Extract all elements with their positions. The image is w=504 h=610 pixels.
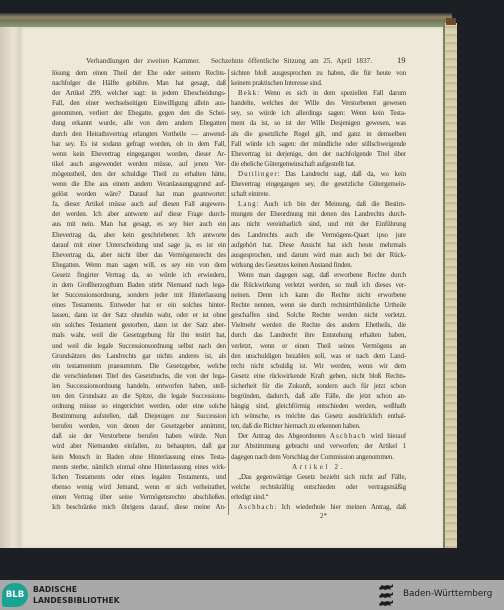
text-line: daß sie der Verstorbene berufen haben wü… [52,431,226,441]
line-text: Wenn man dagegen sagt, daß erworbene Rec… [238,271,406,279]
text-line: keinem praktischen Interesse sind. [231,78,406,88]
line-text: Bestimmung aufstellen, daß Diejenigen zu… [52,412,226,420]
text-line: sey, so würde ich allerdings sagen: Wenn… [231,108,406,118]
text-line: Ehevertrag ist derjenige, den der nachfo… [231,149,406,159]
text-line: Der Antrag des Abgeordneten Aschbach wir… [231,431,406,441]
line-text: und weil die legale Successionsordnung s… [52,342,226,350]
running-head-session: Sechzehnte öffentliche Sitzung am 25. Ap… [211,56,372,66]
text-line: Bekk: Wenn es sich in dem speziellen Fal… [231,88,406,98]
line-text: zur Abstimmung gebracht und verworfen; d… [231,442,406,450]
text-line: eines Testaments. Entweder hat er ein so… [52,300,226,310]
text-line: Ehevertrag eingegangen sey, die gesetzli… [231,179,406,189]
line-text: als die gesetzliche Regel gilt, und ganz… [231,130,406,138]
text-line: lösung dem einen Theil der Ehe oder sein… [52,68,226,78]
line-text: des Landrechts auch die Vermögens-Quart … [231,231,406,239]
text-line: aufgehört hat. Diese Ansicht hat sich he… [231,240,406,250]
text-line: Ehevertrag da, aber nicht über das Vermö… [52,250,226,260]
text-line: det werden. Ich aber antworte auf diese … [52,209,226,219]
text-line: sicherheit für die Zukunft, sondern auch… [231,381,406,391]
line-text: durch das Landrecht ihre Entstehung erha… [231,331,406,339]
library-name-line2: LANDESBIBLIOTHEK [33,596,120,605]
text-line: und weil die legale Successionsordnung s… [52,341,226,351]
text-line: Fall, den einer wechselseitigen Einwilli… [52,98,226,108]
text-line: sichten bloß ausgesprochen zu haben, die… [231,68,406,78]
line-text: schaft eintrete. [231,190,270,198]
line-text: aus mit nein. Man hat gesagt, es sey hie… [52,220,226,228]
line-text: keinem praktischen Interesse sind. [231,79,322,87]
text-line: ler Successionsordnung, sondern jeder mi… [52,290,226,300]
blb-logo-text: BLB [6,590,24,600]
line-text: aus nicht vereinbarlich sind, und mit de… [231,220,406,228]
line-text: sey, so würde ich allerdings sagen: Wenn… [231,109,406,117]
text-line: dung erkannt wurde, alle von dem andern … [52,118,226,128]
line-text: wird aber Niemanden einfallen, zu behaup… [52,442,226,450]
line-text: dung erkannt wurde, alle von dem andern … [52,119,226,127]
line-text: daß sie der Verstorbene berufen haben wü… [52,432,226,440]
signature-mark: 2* [320,512,327,520]
text-line: ebenso wenig wird Jemand, wenn er sich v… [52,482,226,492]
text-line: den unschuldigen bezahlen soll, was er n… [231,351,406,361]
line-text: Gesetz eine rückwirkende Kraft geben, ni… [231,372,406,380]
line-text: Vielmehr werden die Rechte des andern Eh… [231,321,406,329]
text-line: Lang: Auch ich bin der Meinung, daß die … [231,199,406,209]
text-line: als die gesetzliche Regel gilt, und ganz… [231,129,406,139]
line-text: recht nicht schuldig ist. Wir werden, we… [231,362,406,370]
line-text: ein testamentum praesumtum. Die Gesetzge… [52,362,226,370]
text-line: ments sterbe, nämlich einmal ohne Hinter… [52,462,226,472]
line-text: neinen. Denn ich kann die Rechte nicht e… [231,291,406,299]
speaker-name: Aschbach [238,503,274,511]
line-text: ments sterbe, nämlich einmal ohne Hinter… [52,463,226,471]
line-text: ich wünsche, es möchte das Gesetz ausdrü… [231,412,406,420]
line-text: eines Testaments. Entweder hat er ein so… [52,301,226,309]
text-line: mungen der Eheordnung mit denen des Land… [231,209,406,219]
line-text: ordnung müsse so eingerichtet werden, od… [52,402,226,410]
state-name: Baden-Württemberg [403,589,492,599]
text-line: wirkung des Gesetzes keinen Anstand find… [231,260,406,270]
line-text: einen Vertrag über seine Vermögensrechte… [52,493,226,501]
line-text: wenn kein Ehevertrag eingegangen worden,… [52,150,226,158]
line-text: Ehevertrag eingegangen sey, die gesetzli… [231,180,406,188]
line-text: genommen, verliert der Ehegatte, gegen d… [52,109,226,117]
text-line: geschaffen sind. Solche Rechte werden ni… [231,310,406,320]
line-text: det werden. Ich aber antworte auf diese … [52,210,226,218]
line-text: Ja, dieser Artikel müsse auch auf diesen… [52,200,226,208]
line-text: sicherheit für die Zukunft, sondern auch… [231,382,406,390]
blb-logo-icon: BLB [2,583,28,607]
text-line: len Successionsordnung handeln, entworfe… [52,381,226,391]
line-text: begründen, dadurch, daß alle Fälle, die … [231,392,406,400]
text-line: durch das Landrecht ihre Entstehung erha… [231,330,406,340]
line-text: lassen, dann ist der Satz ohnehin wahr, … [52,311,226,319]
running-head-title: Verhandlungen der zweiten Kammer. [86,56,200,66]
text-line: schaft eintrete. [231,189,406,199]
text-line: lassen, dann ist der Satz ohnehin wahr, … [52,310,226,320]
line-text: kein Mensch in Baden ohne Hinterlassung … [52,453,226,461]
line-text: lichen Testaments oder eines legalen Tes… [52,473,226,481]
line-text: berufen werden, von denen der Gesetzgebe… [52,422,226,430]
line-text: Gesetz fingirter Vertrag da, so würde ic… [52,271,226,279]
speaker-name: Duttlinger [238,170,278,178]
text-line: genommen, verliert der Ehegatte, gegen d… [52,108,226,118]
text-line: gelöst worden wäre? Darauf hat man geant… [52,189,226,199]
text-line: Gesetz fingirter Vertrag da, so würde ic… [52,270,226,280]
text-line: Rechte nennen, wenn sie durch rechtsirrt… [231,300,406,310]
line-text: Rechte nennen, wenn sie durch rechtsirrt… [231,301,406,309]
line-text: die Rückwirkung verletzt werden, so muß … [231,281,406,289]
line-text: gelöst worden wäre? Darauf hat man geant… [52,190,226,198]
speaker-name: Lang [238,200,257,208]
text-line: ich wünsche, es möchte das Gesetz ausdrü… [231,411,406,421]
line-text: : Auch ich bin der Meinung, daß die Best… [257,200,406,208]
line-text: Der Antrag des Abgeordneten [238,432,330,440]
text-line: Fall würde ich sagen: der mündliche oder… [231,139,406,149]
cover-corner [446,18,456,25]
line-text: Artikel 2. [292,463,345,471]
line-text: ebenso wenig wird Jemand, wenn er sich v… [52,483,226,491]
text-line: wird aber Niemanden einfallen, zu behaup… [52,441,226,451]
text-line: begründen, dadurch, daß alle Fälle, die … [231,391,406,401]
line-text: die verschiedenen Titel des Gesetzbuchs,… [52,372,226,380]
text-line: darauf mit einer Unterscheidung und sage… [52,240,226,250]
speaker-name: Aschbach [330,432,366,440]
text-line: verletzt, wenn er einen Theil seines Ver… [231,341,406,351]
line-text: verletzt, wenn er einen Theil seines Ver… [231,342,406,350]
line-text: welche rechtskräftig entschieden oder ve… [231,483,406,491]
text-line: berufen werden, von denen der Gesetzgebe… [52,421,226,431]
line-text: : Wenn es sich in dem speziellen Fall da… [257,89,406,97]
page-number: 19 [397,55,406,65]
line-text: mungen der Eheordnung mit denen des Land… [231,210,406,218]
text-line: ein testamentum praesumtum. Die Gesetzge… [52,361,226,371]
text-line: einen Vertrag über seine Vermögensrechte… [52,492,226,502]
text-line: neinen. Denn ich kann die Rechte nicht e… [231,290,406,300]
column-divider [228,69,229,515]
line-text: Ehevertrag da, aber nicht über das Vermö… [52,251,226,259]
text-line: der Artikel 299, welcher sagt: in jedem … [52,88,226,98]
line-text: darauf mit einer Unterscheidung und sage… [52,241,226,249]
three-lions-icon [378,583,394,607]
left-text-column: lösung dem einen Theil der Ehe oder sein… [52,68,226,512]
line-text: tikel auch angewendet werden müsse, auf … [52,160,226,168]
text-line: recht nicht schuldig ist. Wir werden, we… [231,361,406,371]
line-text: len Successionsordnung handeln, entworfe… [52,382,226,390]
line-text: „Das gegenwärtige Gesetz bezieht sich ni… [238,473,406,481]
speaker-name: Bekk [238,89,257,97]
line-text: hängig sind, gleichförmig entschieden we… [231,402,406,410]
text-line: Ehevertrag da, aber kein geschriebener. … [52,230,226,240]
text-line: die verschiedenen Titel des Gesetzbuchs,… [52,371,226,381]
line-text: den unschuldigen bezahlen soll, was er n… [231,352,406,360]
text-line: ein solches Testament gestorben, dann is… [52,320,226,330]
text-line: hängig sind, gleichförmig entschieden we… [231,401,406,411]
text-line: aus nicht vereinbarlich sind, und mit de… [231,219,406,229]
line-text: ten, daß die Richter hiernach zu erkenne… [231,422,360,430]
line-text: wenn die Ehe aus einem andern Veranlassu… [52,180,226,188]
library-name-line1: BADISCHE [33,585,77,594]
text-line: lichen Testaments oder eines legalen Tes… [52,472,226,482]
text-line: mögenstheil, den der schuldige Theil zu … [52,169,226,179]
text-line: ausgesprochen, und darum wird man auch b… [231,250,406,260]
text-line: ordnung müsse so eingerichtet werden, od… [52,401,226,411]
text-line: Ehegatten. Wenn man sagen will, es sey e… [52,260,226,270]
line-text: geschaffen sind. Solche Rechte werden ni… [231,311,406,319]
text-line: mals wahr, weil die Gesetzgebung für ihn… [52,330,226,340]
text-line: wenn die Ehe aus einem andern Veranlassu… [52,179,226,189]
line-text: nachfolger die Hälfte gebühre. Man hat g… [52,79,226,87]
line-text: ten den Grundsatz an die Spitze, die leg… [52,392,226,400]
text-line: Wenn man dagegen sagt, daß erworbene Rec… [231,270,406,280]
text-line: Ich beschränke mich übrigens darauf, die… [52,502,226,512]
text-line: tikel auch angewendet werden müsse, auf … [52,159,226,169]
line-text: Ehegatten. Wenn man sagen will, es sey e… [52,261,226,269]
line-text: in dem Großherzogthum Baden stirbt Niema… [52,281,226,289]
line-text: der Artikel 299, welcher sagt: in jedem … [52,89,226,97]
line-text: Fall würde ich sagen: der mündliche oder… [231,140,406,148]
line-text: ausgesprochen, und darum wird man auch b… [231,251,406,259]
line-text: mögenstheil, den der schuldige Theil zu … [52,170,226,178]
line-text: dagegen nach dem Vorschlag der Commissio… [231,453,394,461]
line-text: Grundsätzen des Landrechts gar nichts an… [52,352,226,360]
text-line: des Landrechts auch die Vermögens-Quart … [231,230,406,240]
text-line: die eheliche Gütergemeinschaft aufgestel… [231,159,406,169]
text-line: Gesetz eine rückwirkende Kraft geben, ni… [231,371,406,381]
text-line: aus mit nein. Man hat gesagt, es sey hie… [52,219,226,229]
line-text: durch den Heirathsvertrag erlangten Vort… [52,130,226,138]
line-text: ler Successionsordnung, sondern jeder mi… [52,291,226,299]
line-text: Ich beschränke mich übrigens darauf, die… [52,503,226,511]
text-line: dagegen nach dem Vorschlag der Commissio… [231,452,406,462]
text-line: ment da ist, so ist der Wille Desjenigen… [231,118,406,128]
line-text: Fall, den einer wechselseitigen Einwilli… [52,99,226,107]
line-text: ein solches Testament gestorben, dann is… [52,321,226,329]
text-line: handelte, welches der Wille des Verstorb… [231,98,406,108]
line-text: bar sey. Es ist sodann gefragt worden, o… [52,140,226,148]
page-edges-strip [443,23,457,548]
text-line: wenn kein Ehevertrag eingegangen worden,… [52,149,226,159]
line-text: ment da ist, so ist der Wille Desjenigen… [231,119,406,127]
text-line: in dem Großherzogthum Baden stirbt Niema… [52,280,226,290]
text-line: zur Abstimmung gebracht und verworfen; d… [231,441,406,451]
text-line: „Das gegenwärtige Gesetz bezieht sich ni… [231,472,406,482]
text-line: nachfolger die Hälfte gebühre. Man hat g… [52,78,226,88]
line-text: Ehevertrag ist derjenige, den der nachfo… [231,150,406,158]
text-line: welche rechtskräftig entschieden oder ve… [231,482,406,492]
line-text: lösung dem einen Theil der Ehe oder sein… [52,69,226,77]
right-text-column: sichten bloß ausgesprochen zu haben, die… [231,68,406,512]
text-line: Bestimmung aufstellen, daß Diejenigen zu… [52,411,226,421]
text-line: bar sey. Es ist sodann gefragt worden, o… [52,139,226,149]
section-heading: Artikel 2. [231,462,406,472]
line-text: wirkung des Gesetzes keinen Anstand find… [231,261,352,269]
text-line: kein Mensch in Baden ohne Hinterlassung … [52,452,226,462]
line-text: Ehevertrag da, aber kein geschriebener. … [52,231,226,239]
text-line: Ja, dieser Artikel müsse auch auf diesen… [52,199,226,209]
text-line: die Rückwirkung verletzt werden, so muß … [231,280,406,290]
line-text: mals wahr, weil die Gesetzgebung für ihn… [52,331,226,339]
line-text: erledigt sind.“ [231,493,268,501]
line-text: aufgehört hat. Diese Ansicht hat sich he… [231,241,406,249]
line-text: sichten bloß ausgesprochen zu haben, die… [231,69,406,77]
line-text: wird hierauf [366,432,406,440]
line-text: : Ich wiederhole hier meinen Antrag, daß [274,503,406,511]
text-line: Aschbach: Ich wiederhole hier meinen Ant… [231,502,406,512]
line-text: handelte, welches der Wille des Verstorb… [231,99,406,107]
text-line: ten, daß die Richter hiernach zu erkenne… [231,421,406,431]
text-line: ten den Grundsatz an die Spitze, die leg… [52,391,226,401]
line-text: die eheliche Gütergemeinschaft aufgestel… [231,160,355,168]
text-line: Grundsätzen des Landrechts gar nichts an… [52,351,226,361]
text-line: Duttlinger: Das Landrecht sagt, daß da, … [231,169,406,179]
line-text: : Das Landrecht sagt, daß da, wo kein [278,170,406,178]
text-line: erledigt sind.“ [231,492,406,502]
text-line: Vielmehr werden die Rechte des andern Eh… [231,320,406,330]
text-line: durch den Heirathsvertrag erlangten Vort… [52,129,226,139]
facing-page-gutter [0,27,19,548]
